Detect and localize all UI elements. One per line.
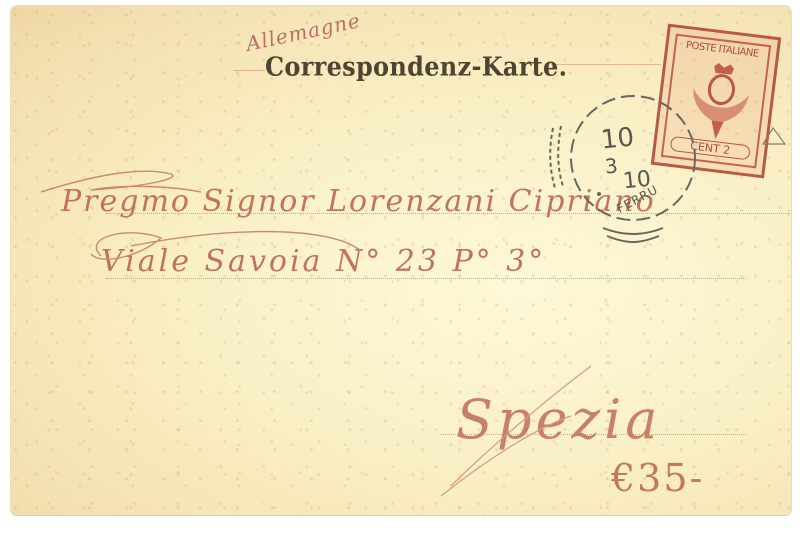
address-city: Spezia: [456, 388, 661, 451]
address-line-2: Viale Savoia N° 23 P° 3°: [101, 244, 546, 279]
crowned-eagle-icon: [679, 57, 760, 145]
card-title: Correspondenz-Karte.: [265, 51, 567, 82]
address-line-1: Pregmo Signor Lorenzani Cipriano: [61, 184, 656, 219]
postcard: Allemagne Correspondenz-Karte. Pregmo Si…: [11, 6, 791, 515]
handwriting-flourish: [31, 156, 451, 306]
postmark-day: 10: [600, 122, 636, 155]
stamp-frame: POSTE ITALIANE CENT 2: [661, 34, 771, 169]
title-rule-right: [551, 64, 661, 65]
title-rule-left: [233, 70, 265, 71]
price-note: €35-: [611, 456, 704, 500]
pencil-note: Allemagne: [244, 8, 363, 56]
postmark-month: 3: [604, 153, 619, 178]
postage-stamp: POSTE ITALIANE CENT 2: [651, 24, 781, 179]
